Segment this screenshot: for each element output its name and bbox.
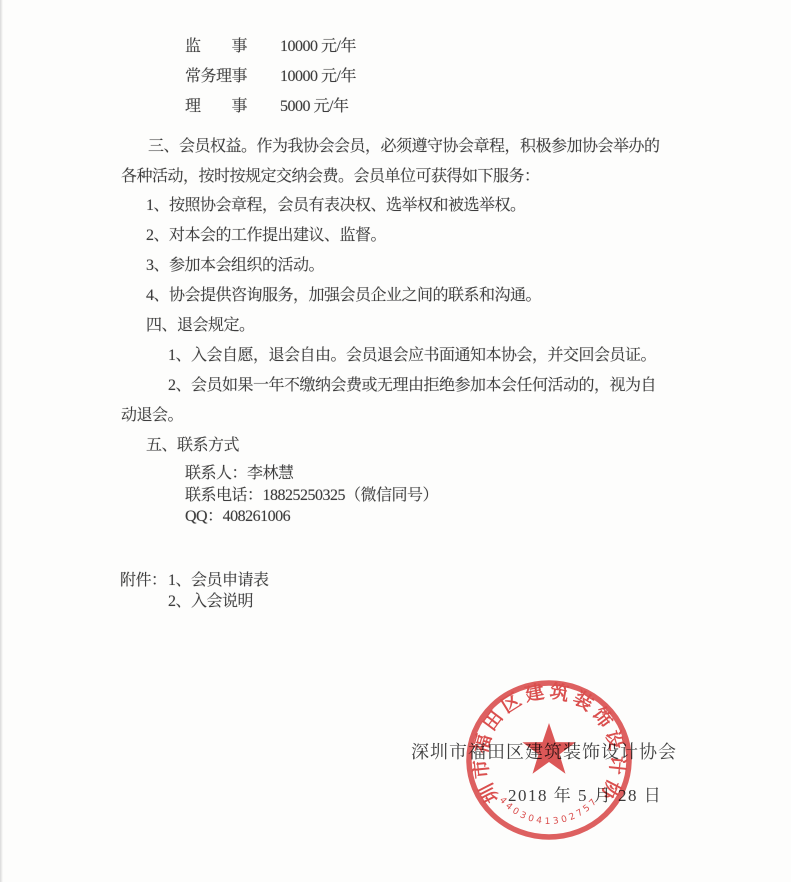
fee-row: 常务理事 — [185, 67, 247, 87]
list-item: 3、参加本会组织的活动。 — [146, 256, 324, 276]
fee-amount: 10000 元/年 — [280, 37, 356, 57]
fee-row: 理 事 — [185, 97, 247, 117]
fee-amount: 10000 元/年 — [280, 67, 356, 87]
section-heading-rights: 三、会员权益。作为我协会会员，必须遵守协会章程，积极参加协会举办的 — [148, 137, 660, 157]
fee-row: 监 事 — [185, 37, 247, 57]
fee-amount: 5000 元/年 — [280, 97, 348, 117]
paragraph-line: 各种活动，按时按规定交纳会费。会员单位可获得如下服务： — [121, 167, 540, 187]
contact-person-line: 联系人：李林慧 — [185, 464, 294, 484]
list-item: 2、会员如果一年不缴纳会费或无理由拒绝参加本会任何活动的，视为自 — [168, 376, 656, 396]
list-item: 2、对本会的工作提出建议、监督。 — [146, 226, 386, 246]
official-seal: 深圳市福田区建筑装饰设计协会 4403041302757 — [464, 678, 634, 842]
fee-role: 理 事 — [185, 98, 247, 115]
contact-qq-line: QQ：408261006 — [185, 507, 290, 527]
list-item: 4、协会提供咨询服务，加强会员企业之间的联系和沟通。 — [146, 286, 541, 306]
document-page: 监 事 10000 元/年 常务理事 10000 元/年 理 事 5000 元/… — [0, 0, 791, 882]
seal-serial: 4403041302757 — [497, 795, 601, 826]
fee-role: 常务理事 — [185, 68, 247, 85]
attachment-item: 1、会员申请表 — [168, 571, 269, 591]
contact-phone-line: 联系电话：18825250325（微信同号） — [185, 486, 438, 506]
attachment-item: 2、入会说明 — [168, 592, 253, 612]
attachments-label: 附件： — [120, 571, 167, 591]
fee-role: 监 事 — [185, 38, 247, 55]
list-item: 1、按照协会章程，会员有表决权、选举权和被选举权。 — [146, 196, 526, 216]
section-heading-contact: 五、联系方式 — [146, 436, 239, 456]
seal-graphic: 深圳市福田区建筑装饰设计协会 4403041302757 — [464, 678, 634, 842]
list-item: 1、入会自愿，退会自由。会员退会应书面通知本协会，并交回会员证。 — [168, 346, 656, 366]
section-heading-withdrawal: 四、退会规定。 — [146, 316, 255, 336]
paragraph-line: 动退会。 — [121, 406, 183, 426]
scan-edge-shadow — [0, 0, 3, 882]
seal-star-icon — [522, 723, 575, 774]
